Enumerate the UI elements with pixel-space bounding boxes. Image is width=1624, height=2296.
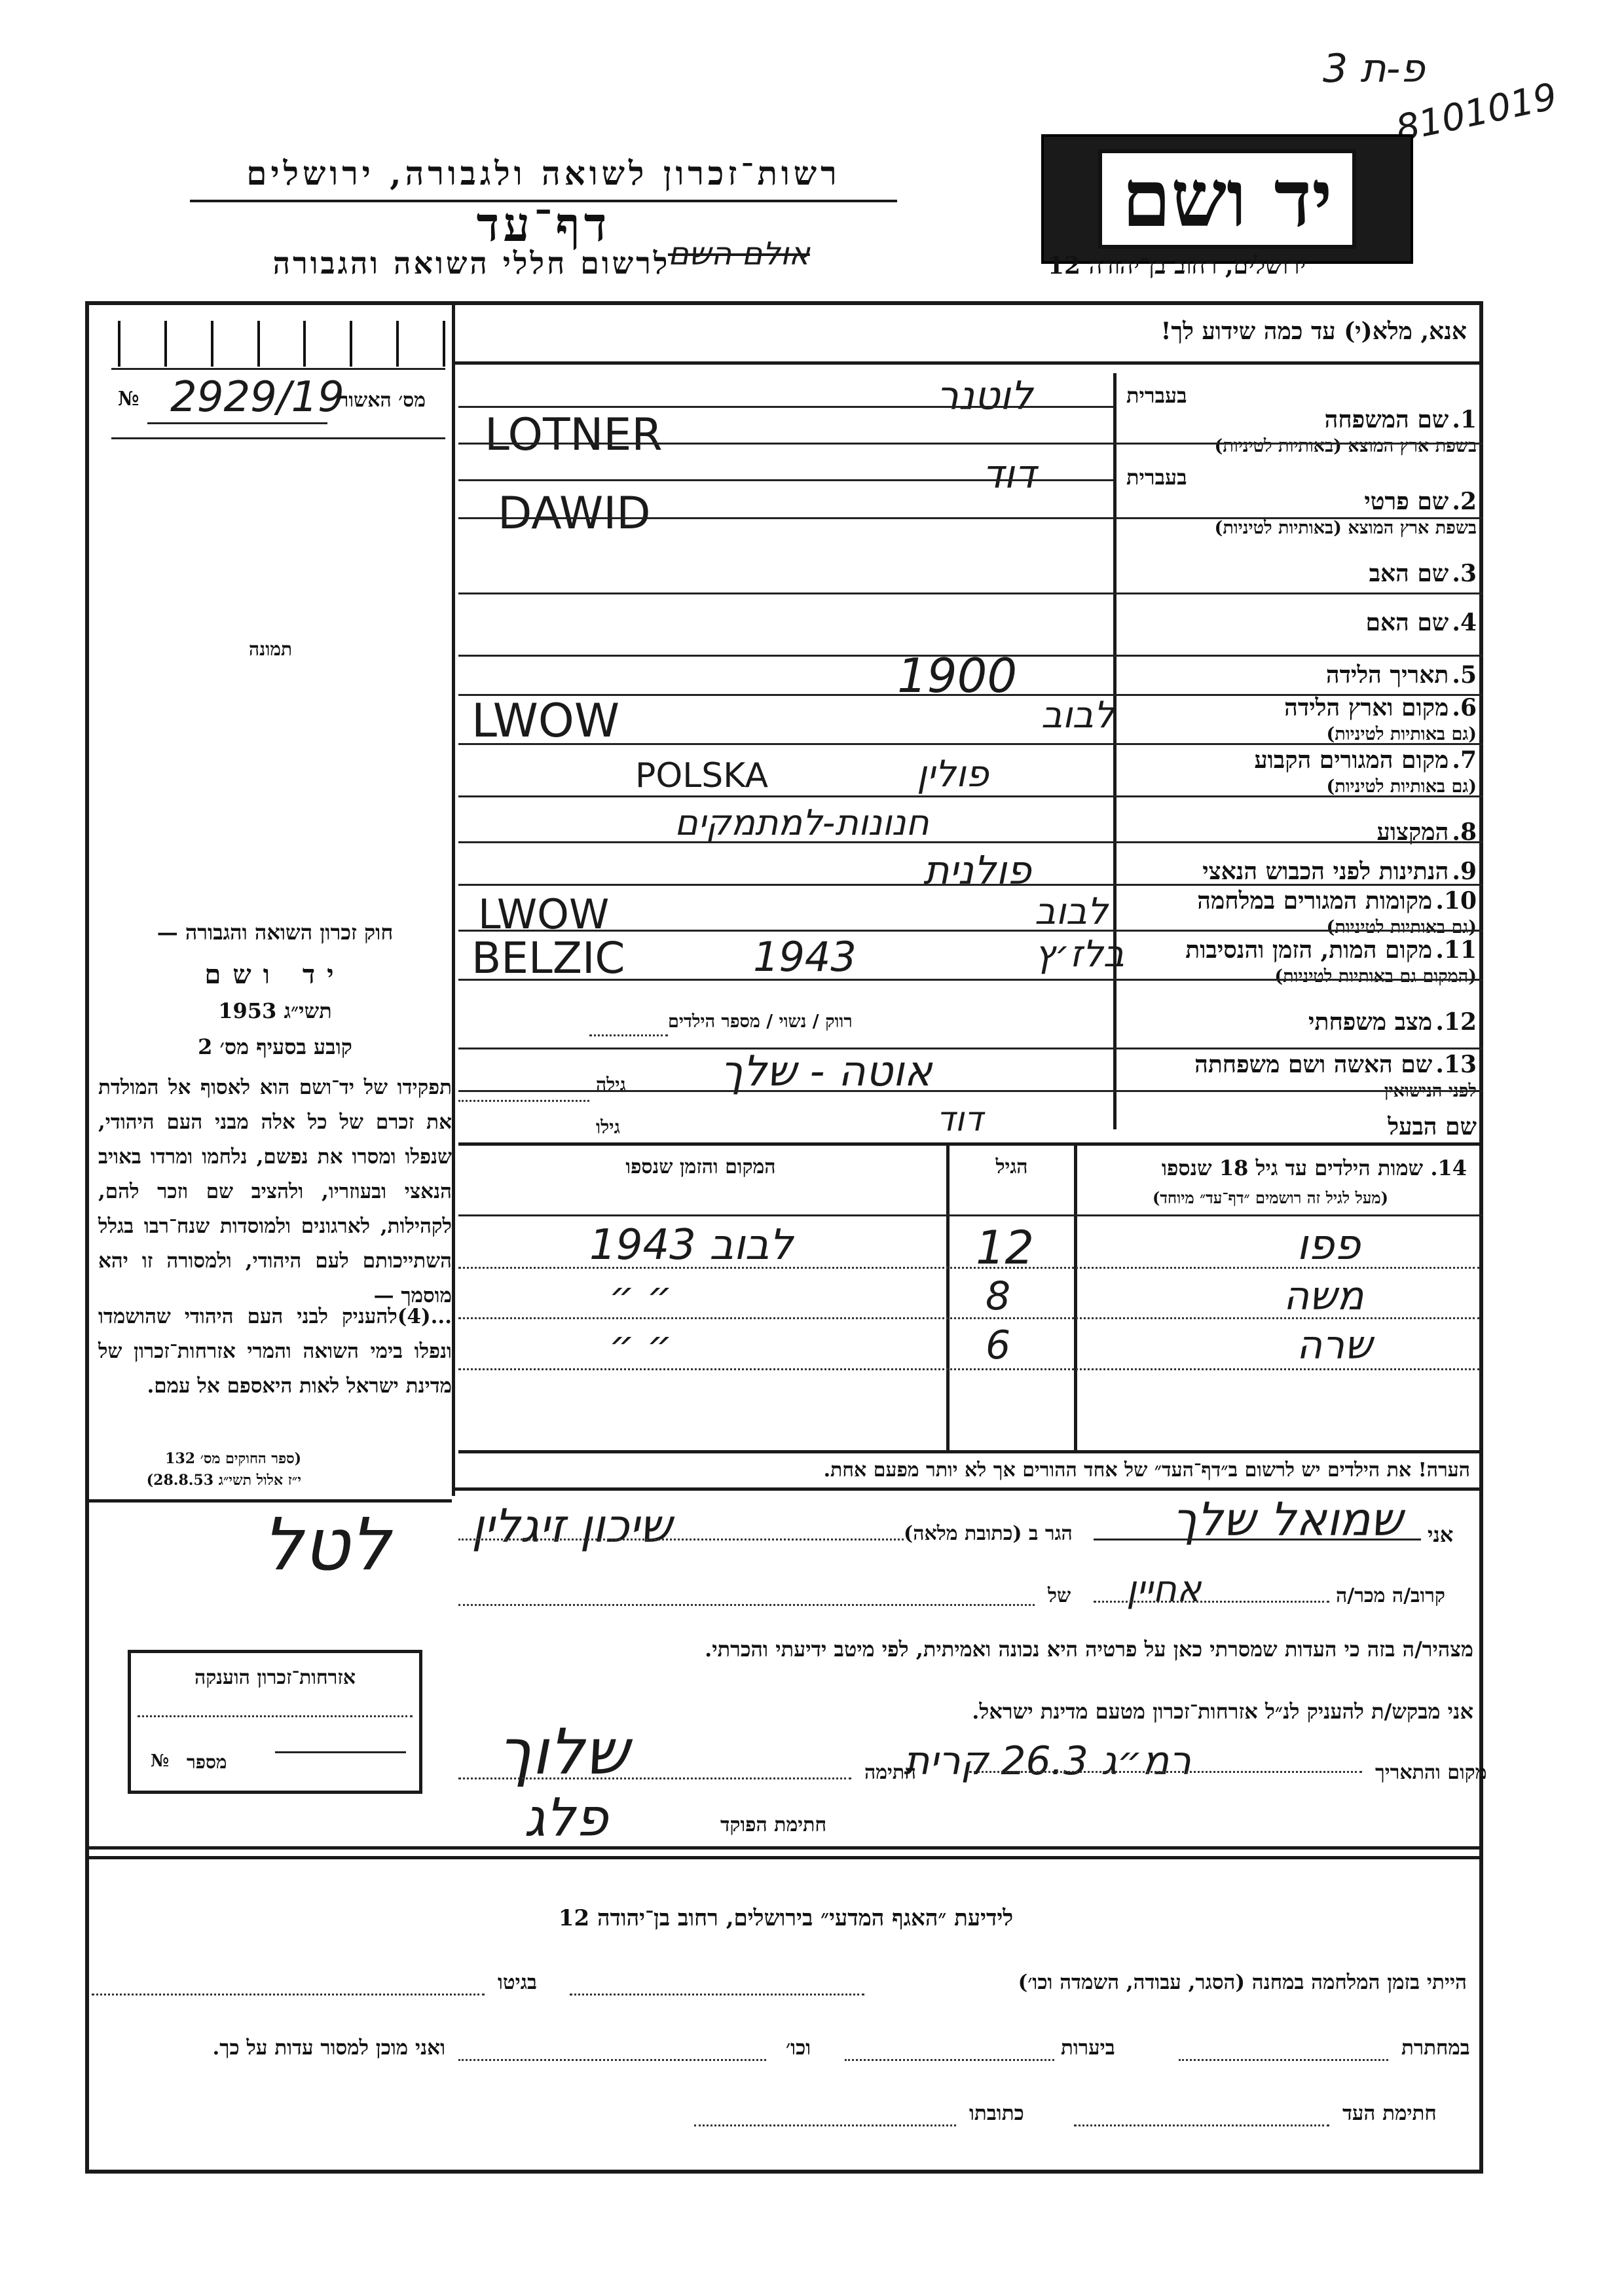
left-panel-divider: [452, 304, 455, 1496]
field-13-value[interactable]: אוטה - שלך: [720, 1048, 932, 1096]
field-9-rule: [458, 884, 1483, 886]
field-9-num: 9.: [1452, 858, 1477, 885]
field-10-subtitle: (גם באותיות לטיניות): [1197, 917, 1477, 938]
husband-rule: [458, 1142, 1483, 1146]
approval-number-row: № 2929/19 מס׳ האשור: [111, 380, 445, 419]
number-symbol: №: [118, 388, 139, 410]
law-citation-1: (ספר החוקים מס׳ 132: [105, 1450, 301, 1467]
field-9-title: הנתינות לפני הכבוש הנאצי: [1202, 858, 1449, 885]
declarant-address-label: הגר ב (כתובת מלאה): [904, 1522, 1073, 1545]
official-signature-label: חתימת הפוקד: [720, 1813, 826, 1836]
of-value[interactable]: [458, 1571, 1035, 1604]
children-title-text: שמות הילדים עד גיל 18 שנספו: [1162, 1156, 1423, 1180]
field-12-rule: [458, 1048, 1483, 1049]
bottom-section-rule-1: [85, 1846, 1483, 1850]
ghetto-field[interactable]: [92, 1994, 485, 1995]
field-11-num: 11.: [1435, 936, 1477, 964]
child-place[interactable]: ״ ״: [609, 1273, 672, 1319]
child-row-rule: [458, 1368, 1480, 1370]
law-year: תשי״ג 1953: [105, 998, 445, 1023]
witness-address-field[interactable]: [694, 2124, 956, 2126]
field-13-num: 13.: [1435, 1051, 1477, 1078]
field-8-rule: [458, 841, 1483, 843]
camp-line-label: הייתי בזמן המלחמה במחנה (הסגר, עבודה, הש…: [877, 1971, 1467, 1994]
approval-number-label: מס׳ האשור: [339, 389, 426, 412]
field-9-label: 9. הנתינות לפני הכבוש הנאצי: [1202, 858, 1477, 885]
stamp-number-symbol: №: [151, 1751, 169, 1771]
photo-label: תמונה: [249, 638, 292, 661]
relation-label: קרוב/ה מכר/ה: [1336, 1584, 1445, 1607]
subtitle-handwritten-insert: אולם השם: [668, 236, 810, 272]
field-11-year[interactable]: 1943: [753, 933, 857, 981]
children-col-divider-2: [946, 1146, 950, 1453]
field-7-title: מקום המגורים הקבוע: [1254, 746, 1449, 774]
field-1-label: 1. שם המשפחה בשפת ארץ המוצא (באותיות לטי…: [1215, 406, 1477, 456]
ticks-rule: [111, 368, 445, 370]
child-name[interactable]: משה: [1283, 1273, 1363, 1319]
signature-underline: [458, 1777, 851, 1779]
husband-title: שם הבעל: [1388, 1113, 1477, 1140]
field-6-rule: [458, 743, 1483, 745]
relation-value[interactable]: אחיין: [1126, 1568, 1201, 1611]
declarant-address-underline: [458, 1539, 904, 1540]
field-6-title: מקום וארץ הלידה: [1284, 694, 1449, 721]
form-instructions: אנא, מלא(י) עד כמה שידוע לך!: [471, 318, 1467, 345]
testimony-willing-text: ואני מוכן למסור עדות על כך.: [92, 2036, 445, 2060]
field-5-title: תאריך הלידה: [1326, 661, 1449, 689]
bottom-title: לידיעת ״האגף המדעי״ בירושלים, רחוב בן־יה…: [196, 1905, 1375, 1931]
approval-section-rule: [111, 437, 445, 439]
field-2-label: 2. שם פרטי בשפת ארץ המוצא (באותיות לטיני…: [1215, 488, 1477, 538]
camp-field[interactable]: [570, 1994, 864, 1995]
field-4-num: 4.: [1452, 609, 1477, 636]
bottom-section-rule-2: [85, 1856, 1483, 1859]
children-header-rule: [458, 1214, 1483, 1216]
stamp-number-line: [275, 1751, 406, 1753]
of-underline: [458, 1604, 1035, 1606]
forests-field[interactable]: [845, 2059, 1054, 2061]
law-title: חוק זכרון השואה והגבורה —: [105, 920, 445, 945]
field-1-num: 1.: [1452, 406, 1477, 433]
handwritten-mark: לטל: [262, 1503, 390, 1586]
note-text: הערה! את הילדים יש לרשום ב״דף־העד״ של אח…: [458, 1459, 1470, 1482]
field-2-num: 2.: [1452, 488, 1477, 515]
field-1-title: שם המשפחה: [1325, 406, 1449, 433]
child-name[interactable]: פפו: [1297, 1221, 1360, 1269]
declarant-name-underline: [1094, 1539, 1421, 1540]
law-clause: קובע בסעיף מס׳ 2: [105, 1034, 445, 1059]
instructions-rule: [452, 361, 1480, 365]
children-subtitle: (מעל לגיל זה רושמים ״דף־עד״ מיוחד): [1087, 1188, 1454, 1208]
field-10-num: 10.: [1435, 887, 1477, 915]
of-label: של: [1048, 1584, 1071, 1607]
field-3-title: שם האב: [1369, 560, 1449, 587]
field-12-dotted: [589, 1034, 668, 1036]
field-1-hebrew-value[interactable]: לוטנר: [936, 373, 1033, 419]
field-1-hebrew-rule: [458, 406, 1113, 408]
field-7-rule: [458, 795, 1483, 797]
citizenship-stamp: אזרחות־זכרון הוענקה № מספר: [128, 1650, 422, 1794]
field-13-label: 13. שם האשה ושם משפחתה לפני הנישואין: [1194, 1051, 1477, 1101]
field-4-label: 4. שם האם: [1366, 609, 1477, 636]
field-1-lang-tag: בעברית: [1126, 383, 1187, 408]
child-place[interactable]: ״ ״: [609, 1322, 672, 1368]
stamp-rule: [138, 1715, 413, 1717]
husband-value[interactable]: דוד: [936, 1100, 983, 1139]
corner-annotation-hebrew: פ-ת 3: [1323, 46, 1425, 92]
field-4-title: שם האם: [1366, 609, 1449, 636]
note-rule: [452, 1487, 1483, 1491]
children-title: 14. שמות הילדים עד גיל 18 שנספו: [1087, 1156, 1467, 1180]
children-num: 14.: [1430, 1156, 1467, 1180]
child-row-rule: [458, 1267, 1480, 1269]
field-12-options[interactable]: רווק / נשוי / מספר הילדים: [668, 1011, 853, 1032]
witness-signature-field[interactable]: [1074, 2124, 1329, 2126]
approval-number-value: 2929/19: [170, 373, 344, 422]
col-place-header: המקום והזמן שנספו: [458, 1156, 943, 1178]
child-name[interactable]: שרה: [1297, 1322, 1373, 1368]
field-2-rule: [458, 517, 1483, 519]
etc-field[interactable]: [458, 2059, 766, 2061]
field-7-num: 7.: [1452, 746, 1477, 774]
place-date-underline: [969, 1771, 1362, 1773]
field-2-hebrew-rule: [458, 479, 1113, 481]
relation-underline: [1094, 1601, 1329, 1603]
field-1-subtitle: בשפת ארץ המוצא (באותיות לטיניות): [1215, 436, 1477, 456]
label-column-divider: [1113, 373, 1116, 1129]
law-citation-2: י״ז אלול תשי״ג 28.8.53): [105, 1472, 301, 1489]
field-1-rule: [458, 443, 1483, 445]
field-12-title: מצב משפחתי: [1308, 1008, 1432, 1036]
field-7-hebrew-value[interactable]: פולין: [917, 753, 989, 795]
field-10-title: מקומות המגורים במלחמה: [1197, 887, 1432, 915]
law-name: יד ושם: [105, 959, 445, 990]
field-9-value[interactable]: פולנית: [923, 848, 1031, 894]
field-10-rule: [458, 930, 1483, 932]
form-subtitle: לרשום חללי השואה והגבורה: [216, 246, 727, 281]
tick-marks: [118, 321, 445, 367]
col-age-header: הגיל: [950, 1156, 1074, 1178]
place-date-label: מקום והתאריך: [1375, 1761, 1487, 1784]
field-10-hebrew-value[interactable]: לבוב: [1035, 890, 1108, 933]
field-3-num: 3.: [1452, 560, 1477, 587]
underground-field[interactable]: [1179, 2059, 1388, 2061]
yad-vashem-logo: יד ושם: [1041, 134, 1413, 264]
witness-address-label: כתובתו: [969, 2102, 1024, 2125]
husband-label: שם הבעל: [1388, 1113, 1477, 1140]
field-2-hebrew-value[interactable]: דוד: [982, 452, 1036, 498]
field-6-hebrew-value[interactable]: לבוב: [1041, 694, 1115, 737]
official-signature-value[interactable]: פלג: [524, 1787, 608, 1848]
field-8-value[interactable]: חנונות-למתמקים: [674, 802, 929, 843]
forests-label: ביערות: [1061, 2036, 1115, 2060]
field-11-latin-value[interactable]: BELZIC: [471, 933, 625, 983]
child-place[interactable]: לבוב 1943: [589, 1221, 793, 1269]
field-5-num: 5.: [1452, 661, 1477, 689]
field-6-latin-value[interactable]: LWOW: [471, 694, 619, 748]
field-11-rule: [458, 979, 1483, 981]
field-3-rule: [458, 592, 1483, 594]
child-age[interactable]: 6: [986, 1322, 1010, 1368]
underground-label: במחתרת: [1401, 2036, 1470, 2060]
child-row-rule: [458, 1317, 1480, 1319]
place-date-value[interactable]: רמ״ג 26.3 קרית: [904, 1738, 1191, 1784]
field-2-subtitle: בשפת ארץ המוצא (באותיות לטיניות): [1215, 518, 1477, 538]
children-bottom-rule: [458, 1450, 1483, 1453]
field-6-label: 6. מקום וארץ הלידה (גם באותיות לטיניות): [1284, 694, 1477, 744]
stamp-number-label: מספר: [187, 1751, 227, 1774]
ghetto-label: בגיטו: [498, 1971, 537, 1994]
field-4-value[interactable]: [458, 596, 1113, 648]
signature-label: חתימה: [864, 1761, 916, 1784]
field-12-label: 12. מצב משפחתי: [1308, 1008, 1477, 1036]
field-13-title: שם האשה ושם משפחתה: [1194, 1051, 1432, 1078]
field-13-age-label: גילה: [596, 1074, 626, 1096]
husband-age-label: גילו: [596, 1116, 620, 1139]
logo-text: יד ושם: [1098, 149, 1356, 249]
field-13-age-dotted: [458, 1100, 589, 1102]
declarant-address[interactable]: שיכון זיגלין: [471, 1499, 672, 1553]
field-5-label: 5. תאריך הלידה: [1326, 661, 1477, 689]
declarant-ani-label: אני: [1428, 1522, 1453, 1547]
field-1-latin-value[interactable]: LOTNER: [485, 409, 663, 461]
field-6-subtitle: (גם באותיות לטיניות): [1284, 724, 1477, 744]
field-11-subtitle: (המקום גם באותיות לטיניות): [1185, 966, 1477, 987]
header-address: ירושלים, רחוב בן־יהודה 12: [1048, 252, 1306, 280]
law-body: תפקידו של יד־ושם הוא לאסוף אל המולדת את …: [98, 1070, 452, 1313]
field-7-label: 7. מקום המגורים הקבוע (גם באותיות לטיניו…: [1254, 746, 1477, 797]
field-11-hebrew-value[interactable]: בלז׳ץ: [1035, 933, 1124, 975]
stamp-title: אזרחות־זכרון הוענקה: [131, 1666, 419, 1689]
field-13-rule: [458, 1090, 1483, 1092]
witness-signature-label: חתימת העד: [1342, 2102, 1437, 2125]
field-2-title: שם פרטי: [1364, 488, 1449, 515]
child-age[interactable]: 8: [986, 1273, 1010, 1319]
approval-number-underline: [147, 422, 327, 424]
field-3-value[interactable]: [458, 524, 1113, 589]
children-col-divider-1: [1074, 1146, 1077, 1453]
field-7-subtitle: (גם באותיות לטיניות): [1254, 776, 1477, 797]
etc-label: וכו׳: [786, 2036, 811, 2060]
law-body-clause-4: ...(4)להעניק לבני העם היהודי שהושמדו ונפ…: [98, 1300, 452, 1404]
field-6-num: 6.: [1452, 694, 1477, 721]
field-12-num: 12.: [1435, 1008, 1477, 1036]
organization-name: רשות־זכרון לשואה ולגבורה, ירושלים: [190, 154, 897, 192]
field-3-label: 3. שם האב: [1369, 560, 1477, 587]
field-2-lang-tag: בעברית: [1126, 465, 1187, 490]
field-11-title: מקום המות, הזמן והנסיבות: [1185, 936, 1432, 964]
field-7-latin-value[interactable]: POLSKA: [635, 756, 768, 795]
declaration-text: מצהיר/ה בזה כי העדות שמסרתי כאן על פרטיה…: [452, 1637, 1473, 1662]
